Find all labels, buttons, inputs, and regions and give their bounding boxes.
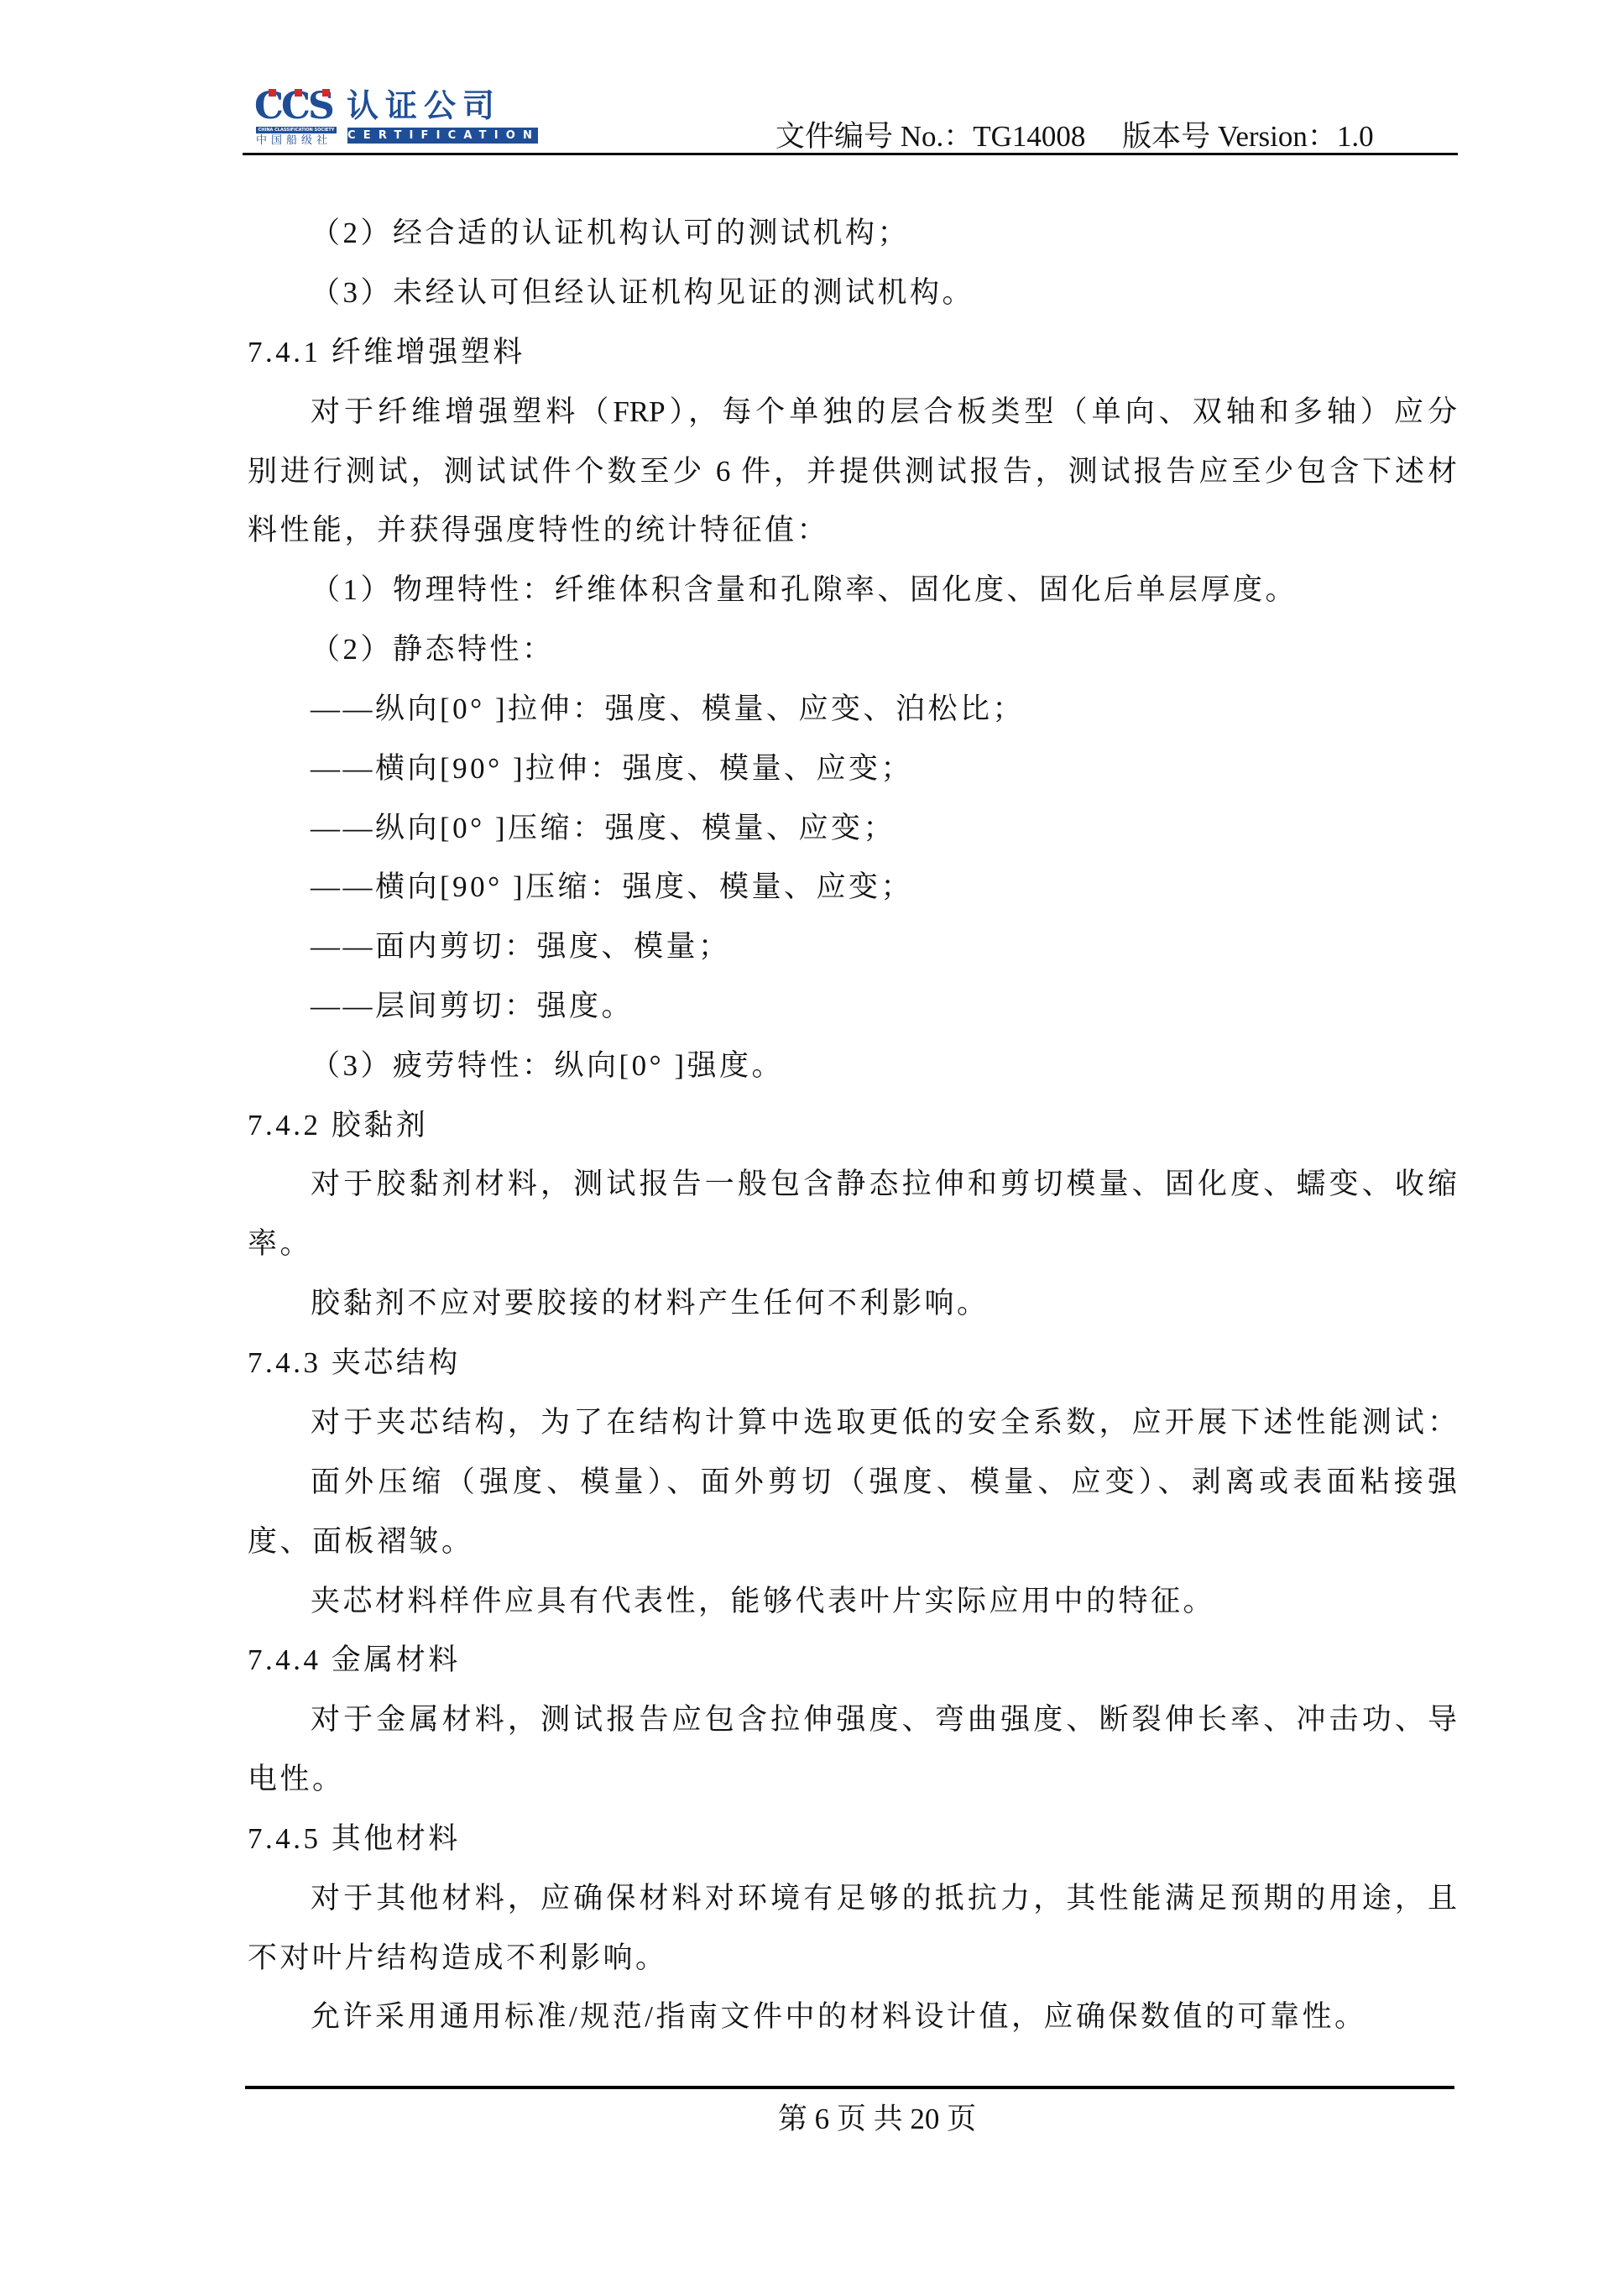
paragraph-line: 度、面板褶皱。: [248, 1523, 1457, 1560]
list-item: （3）未经认可但经认证机构见证的测试机构。: [311, 274, 1457, 311]
paragraph-line: 允许采用通用标准/规范/指南文件中的材料设计值，应确保数值的可靠性。: [311, 1998, 1457, 2035]
dash-list-item: ——纵向[0° ]拉伸：强度、模量、应变、泊松比；: [311, 691, 1457, 728]
paragraph-line: 对于纤维增强塑料（FRP），每个单独的层合板类型（单向、双轴和多轴）应分: [311, 394, 1457, 431]
list-item: （2）静态特性：: [311, 631, 1457, 668]
paragraph-line: 胶黏剂不应对要胶接的材料产生任何不利影响。: [311, 1285, 1457, 1322]
paragraph-line: 面外压缩（强度、模量）、面外剪切（强度、模量、应变）、剥离或表面粘接强: [311, 1464, 1457, 1501]
dash-list-item: ——层间剪切：强度。: [311, 988, 1457, 1025]
logo-red-accent-icon: [295, 89, 302, 97]
ccs-logo-text: CCS: [254, 85, 332, 128]
dash-list-item: ——面内剪切：强度、模量；: [311, 928, 1457, 965]
footer-divider: [245, 2086, 1454, 2089]
paragraph-line: 不对叶片结构造成不利影响。: [248, 1940, 1457, 1977]
logo-company-cn: 认证公司: [347, 89, 540, 123]
section-heading-7-4-1: 7.4.1 纤维增强塑料: [248, 334, 1457, 371]
paragraph-line: 对于夹芯结构，为了在结构计算中选取更低的安全系数，应开展下述性能测试：: [311, 1404, 1457, 1441]
section-heading-7-4-2: 7.4.2 胶黏剂: [248, 1107, 1457, 1144]
header-divider: [243, 153, 1458, 155]
paragraph-line: 夹芯材料样件应具有代表性，能够代表叶片实际应用中的特征。: [311, 1583, 1457, 1620]
list-item: （2）经合适的认证机构认可的测试机构；: [311, 215, 1457, 252]
document-meta: 文件编号 No.：TG14008 版本号 Version：1.0: [775, 119, 1457, 154]
paragraph-line: 对于胶黏剂材料，测试报告一般包含静态拉伸和剪切模量、固化度、蠕变、收缩: [311, 1166, 1457, 1203]
paragraph-line: 率。: [248, 1225, 1457, 1262]
paragraph-line: 对于其他材料，应确保材料对环境有足够的抵抗力，其性能满足预期的用途，且: [311, 1880, 1457, 1917]
list-item: （3）疲劳特性：纵向[0° ]强度。: [311, 1048, 1457, 1084]
logo-red-accent-icon: [322, 89, 330, 97]
dash-list-item: ——横向[90° ]压缩：强度、模量、应变；: [311, 869, 1457, 906]
dash-list-item: ——纵向[0° ]压缩：强度、模量、应变；: [311, 810, 1457, 847]
paragraph-line: 对于金属材料，测试报告应包含拉伸强度、弯曲强度、断裂伸长率、冲击功、导: [311, 1701, 1457, 1738]
section-heading-7-4-5: 7.4.5 其他材料: [248, 1821, 1457, 1857]
paragraph-line: 电性。: [248, 1761, 1457, 1798]
page-number: 第 6 页 共 20 页: [739, 2101, 1016, 2138]
list-item: （1）物理特性：纤维体积含量和孔隙率、固化度、固化后单层厚度。: [311, 572, 1457, 609]
logo-society-en: CHINA CLASSIFICATION SOCIETY: [256, 127, 337, 133]
logo-certification-banner: CERTIFICATION: [347, 128, 538, 144]
paragraph-line: 别进行测试，测试试件个数至少 6 件，并提供测试报告，测试报告应至少包含下述材: [248, 453, 1457, 490]
logo-society-cn: 中国船级社: [256, 134, 337, 148]
paragraph-line: 料性能，并获得强度特性的统计特征值：: [248, 512, 1457, 549]
logo-red-accent-icon: [269, 89, 276, 97]
dash-list-item: ——横向[90° ]拉伸：强度、模量、应变；: [311, 750, 1457, 787]
section-heading-7-4-4: 7.4.4 金属材料: [248, 1642, 1457, 1679]
section-heading-7-4-3: 7.4.3 夹芯结构: [248, 1345, 1457, 1382]
